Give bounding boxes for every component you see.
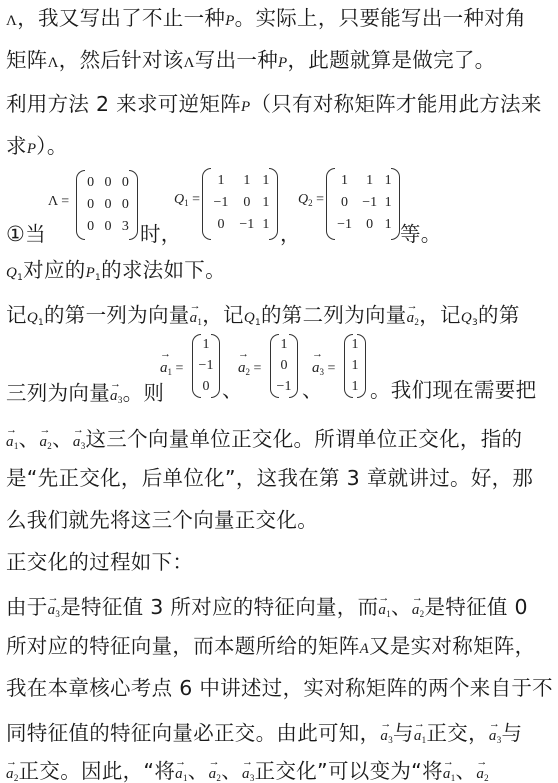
text-line-5: ①当 [6, 222, 46, 246]
text-line-7: 记Q1的第一列为向量a1，记Q1的第二列为向量a2，记Q3的第 [6, 300, 520, 335]
vector-a3: a3 [110, 378, 123, 412]
text-line-11: 么我们就先将这三个向量正交化。 [6, 508, 318, 532]
text-line-6: Q1对应的P1的求法如下。 [6, 258, 226, 290]
vector-a1: a1 [190, 300, 203, 334]
matrix-q2: Q2 = 111 0−11 −101 [298, 168, 402, 240]
circled-number-1: ① [6, 222, 25, 246]
text-line-16: 同特征值的特征向量必正交。由此可知，a3与a1正交，a3与 [6, 718, 522, 752]
text-line-12: 正交化的过程如下： [6, 550, 193, 574]
text-line-15: 我在本章核心考点 6 中讲述过，实对称矩阵的两个来自于不 [6, 676, 553, 700]
text-line-1: Λ，我又写出了不止一种P。实际上，只要能写出一种对角 [6, 6, 526, 33]
symbol-lambda: Λ [6, 13, 17, 29]
vector-a1-column: a1 = 1 −1 0 [160, 334, 220, 398]
text-line-2: 矩阵Λ，然后针对该Λ写出一种P，此题就算是做完了。 [6, 48, 495, 75]
text-line-13: 由于a3是特征值 3 所对应的特征向量，而a1、a2是特征值 0 [6, 592, 528, 626]
vector-a2-column: a2 = 1 0 −1 [238, 334, 302, 398]
text-line-17: a2正交。因此，“将a1、a2、a3正交化”可以变为“将a1、a2 [6, 756, 489, 783]
text-line-8-end: 。我们现在需要把 [370, 378, 536, 402]
text-etc: 等。 [400, 222, 442, 246]
matrix-lambda: Λ = 000 000 003 [48, 170, 142, 240]
vector-a2: a2 [407, 300, 420, 334]
vector-a3-column: a3 = 1 1 1 [312, 334, 368, 398]
text-line-9: a1、a2、a3这三个向量单位正交化。所谓单位正交化，指的 [6, 424, 522, 458]
text-line-10: 是“先正交化，后单位化”，这我在第 3 章就讲过。好，那 [6, 466, 533, 490]
matrix-q1: Q1 = 111 −101 0−11 [174, 168, 280, 240]
text-line-4: 求P）。 [6, 134, 68, 161]
text-line-14: 所对应的特征向量，而本题所给的矩阵A又是实对称矩阵， [6, 634, 535, 661]
text-line-3: 利用方法 2 来求可逆矩阵P（只有对称矩阵才能用此方法来 [6, 92, 542, 119]
text-line-8: 三列为向量a3。则 [6, 378, 164, 412]
